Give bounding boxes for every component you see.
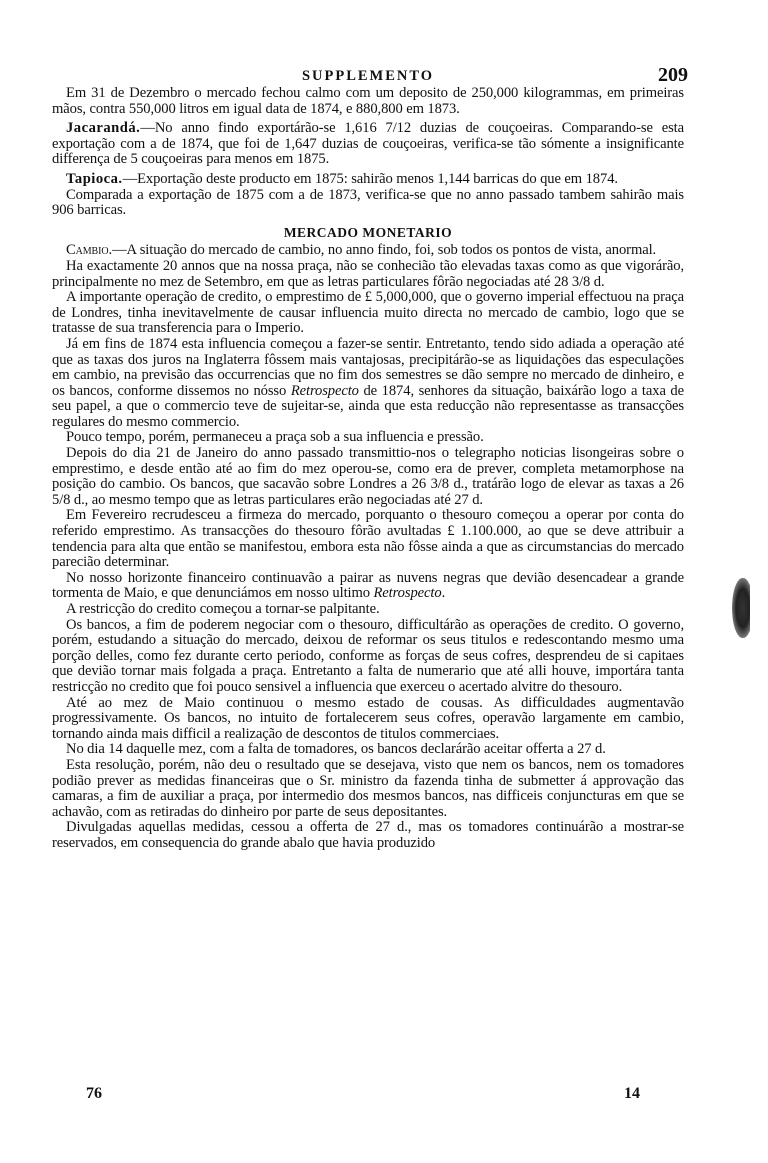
entry-lead-jacaranda: Jacarandá. xyxy=(66,120,140,136)
page-footer: 76 14 xyxy=(52,1085,684,1105)
paragraph: No dia 14 daquelle mez, com a falta de t… xyxy=(52,742,684,758)
paragraph: Já em fins de 1874 esta influencia começ… xyxy=(52,337,684,431)
signature-mark-left: 76 xyxy=(86,1085,102,1103)
paragraph-tapioca-comparison: Comparada a exportação de 1875 com a de … xyxy=(52,188,684,219)
paragraph: Em Fevereiro recrudesceu a firmeza do me… xyxy=(52,508,684,570)
entry-lead-tapioca: Tapioca. xyxy=(66,171,123,187)
signature-mark-right: 14 xyxy=(624,1085,640,1103)
paragraph: A restricção do credito começou a tornar… xyxy=(52,602,684,618)
paragraph-tapioca: Tapioca.—Exportação deste producto em 18… xyxy=(52,172,684,188)
book-page: SUPPLEMENTO 209 Em 31 de Dezembro o merc… xyxy=(52,60,684,852)
paragraph: Pouco tempo, porém, permaneceu a praça s… xyxy=(52,430,684,446)
paragraph-caoutchouc-deposit: Em 31 de Dezembro o mercado fechou calmo… xyxy=(52,86,684,117)
paragraph: Ha exactamente 20 annos que na nossa pra… xyxy=(52,259,684,290)
paragraph: Divulgadas aquellas medidas, cessou a of… xyxy=(52,820,684,851)
running-title: SUPPLEMENTO xyxy=(52,68,684,85)
library-stamp-icon xyxy=(732,578,750,638)
paragraph: No nosso horizonte financeiro continuavã… xyxy=(52,571,684,602)
paragraph: Até ao mez de Maio continuou o mesmo est… xyxy=(52,696,684,743)
paragraph-jacaranda: Jacarandá.—No anno findo exportárão-se 1… xyxy=(52,121,684,168)
paragraph-cambio-intro: Cambio.—A situação do mercado de cambio,… xyxy=(52,243,684,259)
paragraph: A importante operação de credito, o empr… xyxy=(52,290,684,337)
italic-reference: Retrospecto xyxy=(291,383,359,399)
body-text: Em 31 de Dezembro o mercado fechou calmo… xyxy=(52,86,684,852)
page-header: SUPPLEMENTO 209 xyxy=(52,60,684,84)
paragraph: Esta resolução, porém, não deu o resulta… xyxy=(52,758,684,820)
paragraph: Os bancos, a fim de poderem negociar com… xyxy=(52,618,684,696)
italic-reference: Retrospecto xyxy=(373,585,441,601)
page-number: 209 xyxy=(658,64,688,87)
section-heading: MERCADO MONETARIO xyxy=(52,225,684,241)
entry-lead-cambio: Cambio. xyxy=(66,242,112,258)
paragraph: Depois do dia 21 de Janeiro do anno pass… xyxy=(52,446,684,508)
